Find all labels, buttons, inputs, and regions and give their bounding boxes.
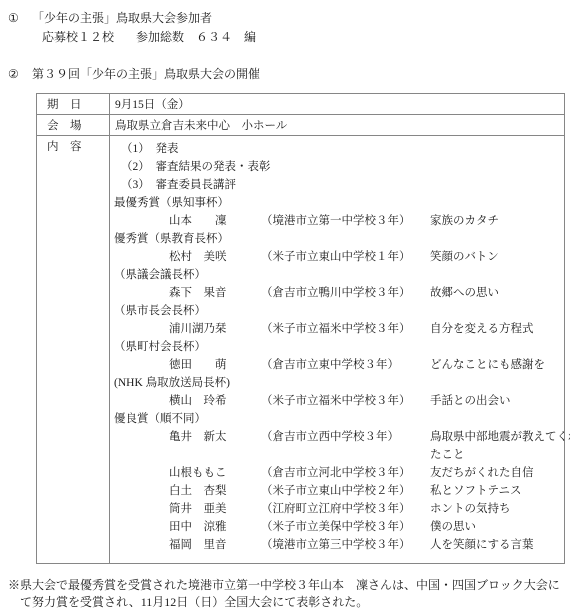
section-heading-1: ① 「少年の主張」鳥取県大会参加者: [8, 10, 570, 26]
entry-school: （米子市立東山中学校１年）: [261, 248, 430, 266]
entry-title: 人を笑顔にする言葉: [430, 536, 570, 554]
entry-title: 鳥取県中部地震が教えてくれ たこと: [430, 428, 570, 464]
award-heading: (NHK 鳥取放送局長杯): [114, 374, 564, 392]
section-heading-2: ② 第３９回「少年の主張」鳥取県大会の開催: [8, 66, 570, 82]
venue-value: 鳥取県立倉吉未来中心 小ホール: [110, 115, 565, 136]
entry-name: 森下 果音: [169, 284, 227, 302]
entry-name: 山本 凜: [169, 212, 227, 230]
participants-line: 応募校１２校参加総数 ６３４ 編: [42, 29, 570, 45]
entry-name: 横山 玲希: [169, 392, 227, 410]
award-heading: （県議会議長杯）: [114, 266, 564, 284]
results-table: 期 日 9月15日（金） 会 場 鳥取県立倉吉未来中心 小ホール 内 容 （1）…: [36, 93, 565, 564]
entry-name: 筒井 亜美: [169, 500, 227, 518]
footnote: ※県大会で最優秀賞を受賞された境港市立第一中学校３年山本 凜さんは、中国・四国ブ…: [0, 577, 570, 609]
entry-title: 故郷への思い: [430, 284, 570, 302]
entry-school: （江府町立江府中学校３年）: [261, 500, 430, 518]
entry-school: （倉吉市立西中学校３年）: [261, 428, 430, 446]
entry-row: 松村 美咲 （米子市立東山中学校１年） 笑顔のバトン: [110, 248, 564, 266]
entry-name: 徳田 萌: [169, 356, 227, 374]
entry-name: 亀井 新太: [169, 428, 227, 446]
participant-total: 参加総数 ６３４ 編: [136, 30, 256, 44]
entry-row: 田中 涼雅 （米子市立美保中学校３年） 僕の思い: [110, 518, 564, 536]
content-cell: （1） 発表 （2） 審査結果の発表・表彰 （3） 審査委員長講評 最優秀賞（県…: [110, 136, 565, 564]
entry-row: 白土 杏梨 （米子市立東山中学校２年） 私とソフトテニス: [110, 482, 564, 500]
entry-row: 亀井 新太 （倉吉市立西中学校３年） 鳥取県中部地震が教えてくれ たこと: [110, 428, 564, 464]
entry-title: 自分を変える方程式: [430, 320, 570, 338]
entry-name: 山根ももこ: [169, 464, 227, 482]
award-heading: （県市長会長杯）: [114, 302, 564, 320]
agenda-item: （1） 発表: [121, 140, 564, 158]
content-row: 内 容 （1） 発表 （2） 審査結果の発表・表彰 （3） 審査委員長講評 最優…: [37, 136, 565, 564]
section-title-2: 第３９回「少年の主張」鳥取県大会の開催: [32, 66, 260, 82]
circled-number-1: ①: [8, 10, 32, 26]
entry-row: 森下 果音 （倉吉市立鴨川中学校３年） 故郷への思い: [110, 284, 564, 302]
entry-name: 田中 涼雅: [169, 518, 227, 536]
entry-school: （境港市立第三中学校３年）: [261, 536, 430, 554]
entry-title: 家族のカタチ: [430, 212, 570, 230]
entry-title: 僕の思い: [430, 518, 570, 536]
section-title-1: 「少年の主張」鳥取県大会参加者: [32, 10, 212, 26]
entry-school: （倉吉市立鴨川中学校３年）: [261, 284, 430, 302]
applicant-schools: 応募校１２校: [42, 30, 114, 44]
entry-title: 手話との出会い: [430, 392, 570, 410]
award-heading: （県町村会長杯）: [114, 338, 564, 356]
entry-school: （倉吉市立東中学校３年）: [261, 356, 430, 374]
entry-name: 浦川湖乃栞: [169, 320, 227, 338]
entry-row: 浦川湖乃栞 （米子市立福米中学校３年） 自分を変える方程式: [110, 320, 564, 338]
agenda-item: （3） 審査委員長講評: [121, 176, 564, 194]
date-label: 期 日: [37, 94, 110, 115]
entry-title: 友だちがくれた自信: [430, 464, 570, 482]
entry-school: （米子市立福米中学校３年）: [261, 320, 430, 338]
entry-school: （米子市立美保中学校３年）: [261, 518, 430, 536]
award-heading: 優秀賞（県教育長杯）: [114, 230, 564, 248]
entry-school: （倉吉市立河北中学校３年）: [261, 464, 430, 482]
entry-school: （米子市立東山中学校２年）: [261, 482, 430, 500]
entry-row: 山本 凜 （境港市立第一中学校３年） 家族のカタチ: [110, 212, 564, 230]
agenda-item: （2） 審査結果の発表・表彰: [121, 158, 564, 176]
entry-row: 山根ももこ （倉吉市立河北中学校３年） 友だちがくれた自信: [110, 464, 564, 482]
entry-title: 笑顔のバトン: [430, 248, 570, 266]
content-label: 内 容: [37, 136, 110, 564]
date-row: 期 日 9月15日（金）: [37, 94, 565, 115]
venue-label: 会 場: [37, 115, 110, 136]
entry-school: （境港市立第一中学校３年）: [261, 212, 430, 230]
entry-name: 松村 美咲: [169, 248, 227, 266]
entry-row: 横山 玲希 （米子市立福米中学校３年） 手話との出会い: [110, 392, 564, 410]
entry-title: ホントの気持ち: [430, 500, 570, 518]
entry-row: 徳田 萌 （倉吉市立東中学校３年） どんなことにも感謝を: [110, 356, 564, 374]
entry-row: 筒井 亜美 （江府町立江府中学校３年） ホントの気持ち: [110, 500, 564, 518]
entry-title: 私とソフトテニス: [430, 482, 570, 500]
entry-name: 白土 杏梨: [169, 482, 227, 500]
footnote-line: て努力賞を受賞され、11月12日（日）全国大会にて表彰された。: [20, 594, 570, 609]
venue-row: 会 場 鳥取県立倉吉未来中心 小ホール: [37, 115, 565, 136]
award-heading: 最優秀賞（県知事杯）: [114, 194, 564, 212]
entry-title: どんなことにも感謝を: [430, 356, 570, 374]
date-value: 9月15日（金）: [110, 94, 565, 115]
footnote-line: ※県大会で最優秀賞を受賞された境港市立第一中学校３年山本 凜さんは、中国・四国ブ…: [8, 577, 570, 594]
circled-number-2: ②: [8, 66, 32, 82]
entry-school: （米子市立福米中学校３年）: [261, 392, 430, 410]
entry-name: 福岡 里音: [169, 536, 227, 554]
award-heading: 優良賞（順不同）: [114, 410, 564, 428]
entry-row: 福岡 里音 （境港市立第三中学校３年） 人を笑顔にする言葉: [110, 536, 564, 554]
